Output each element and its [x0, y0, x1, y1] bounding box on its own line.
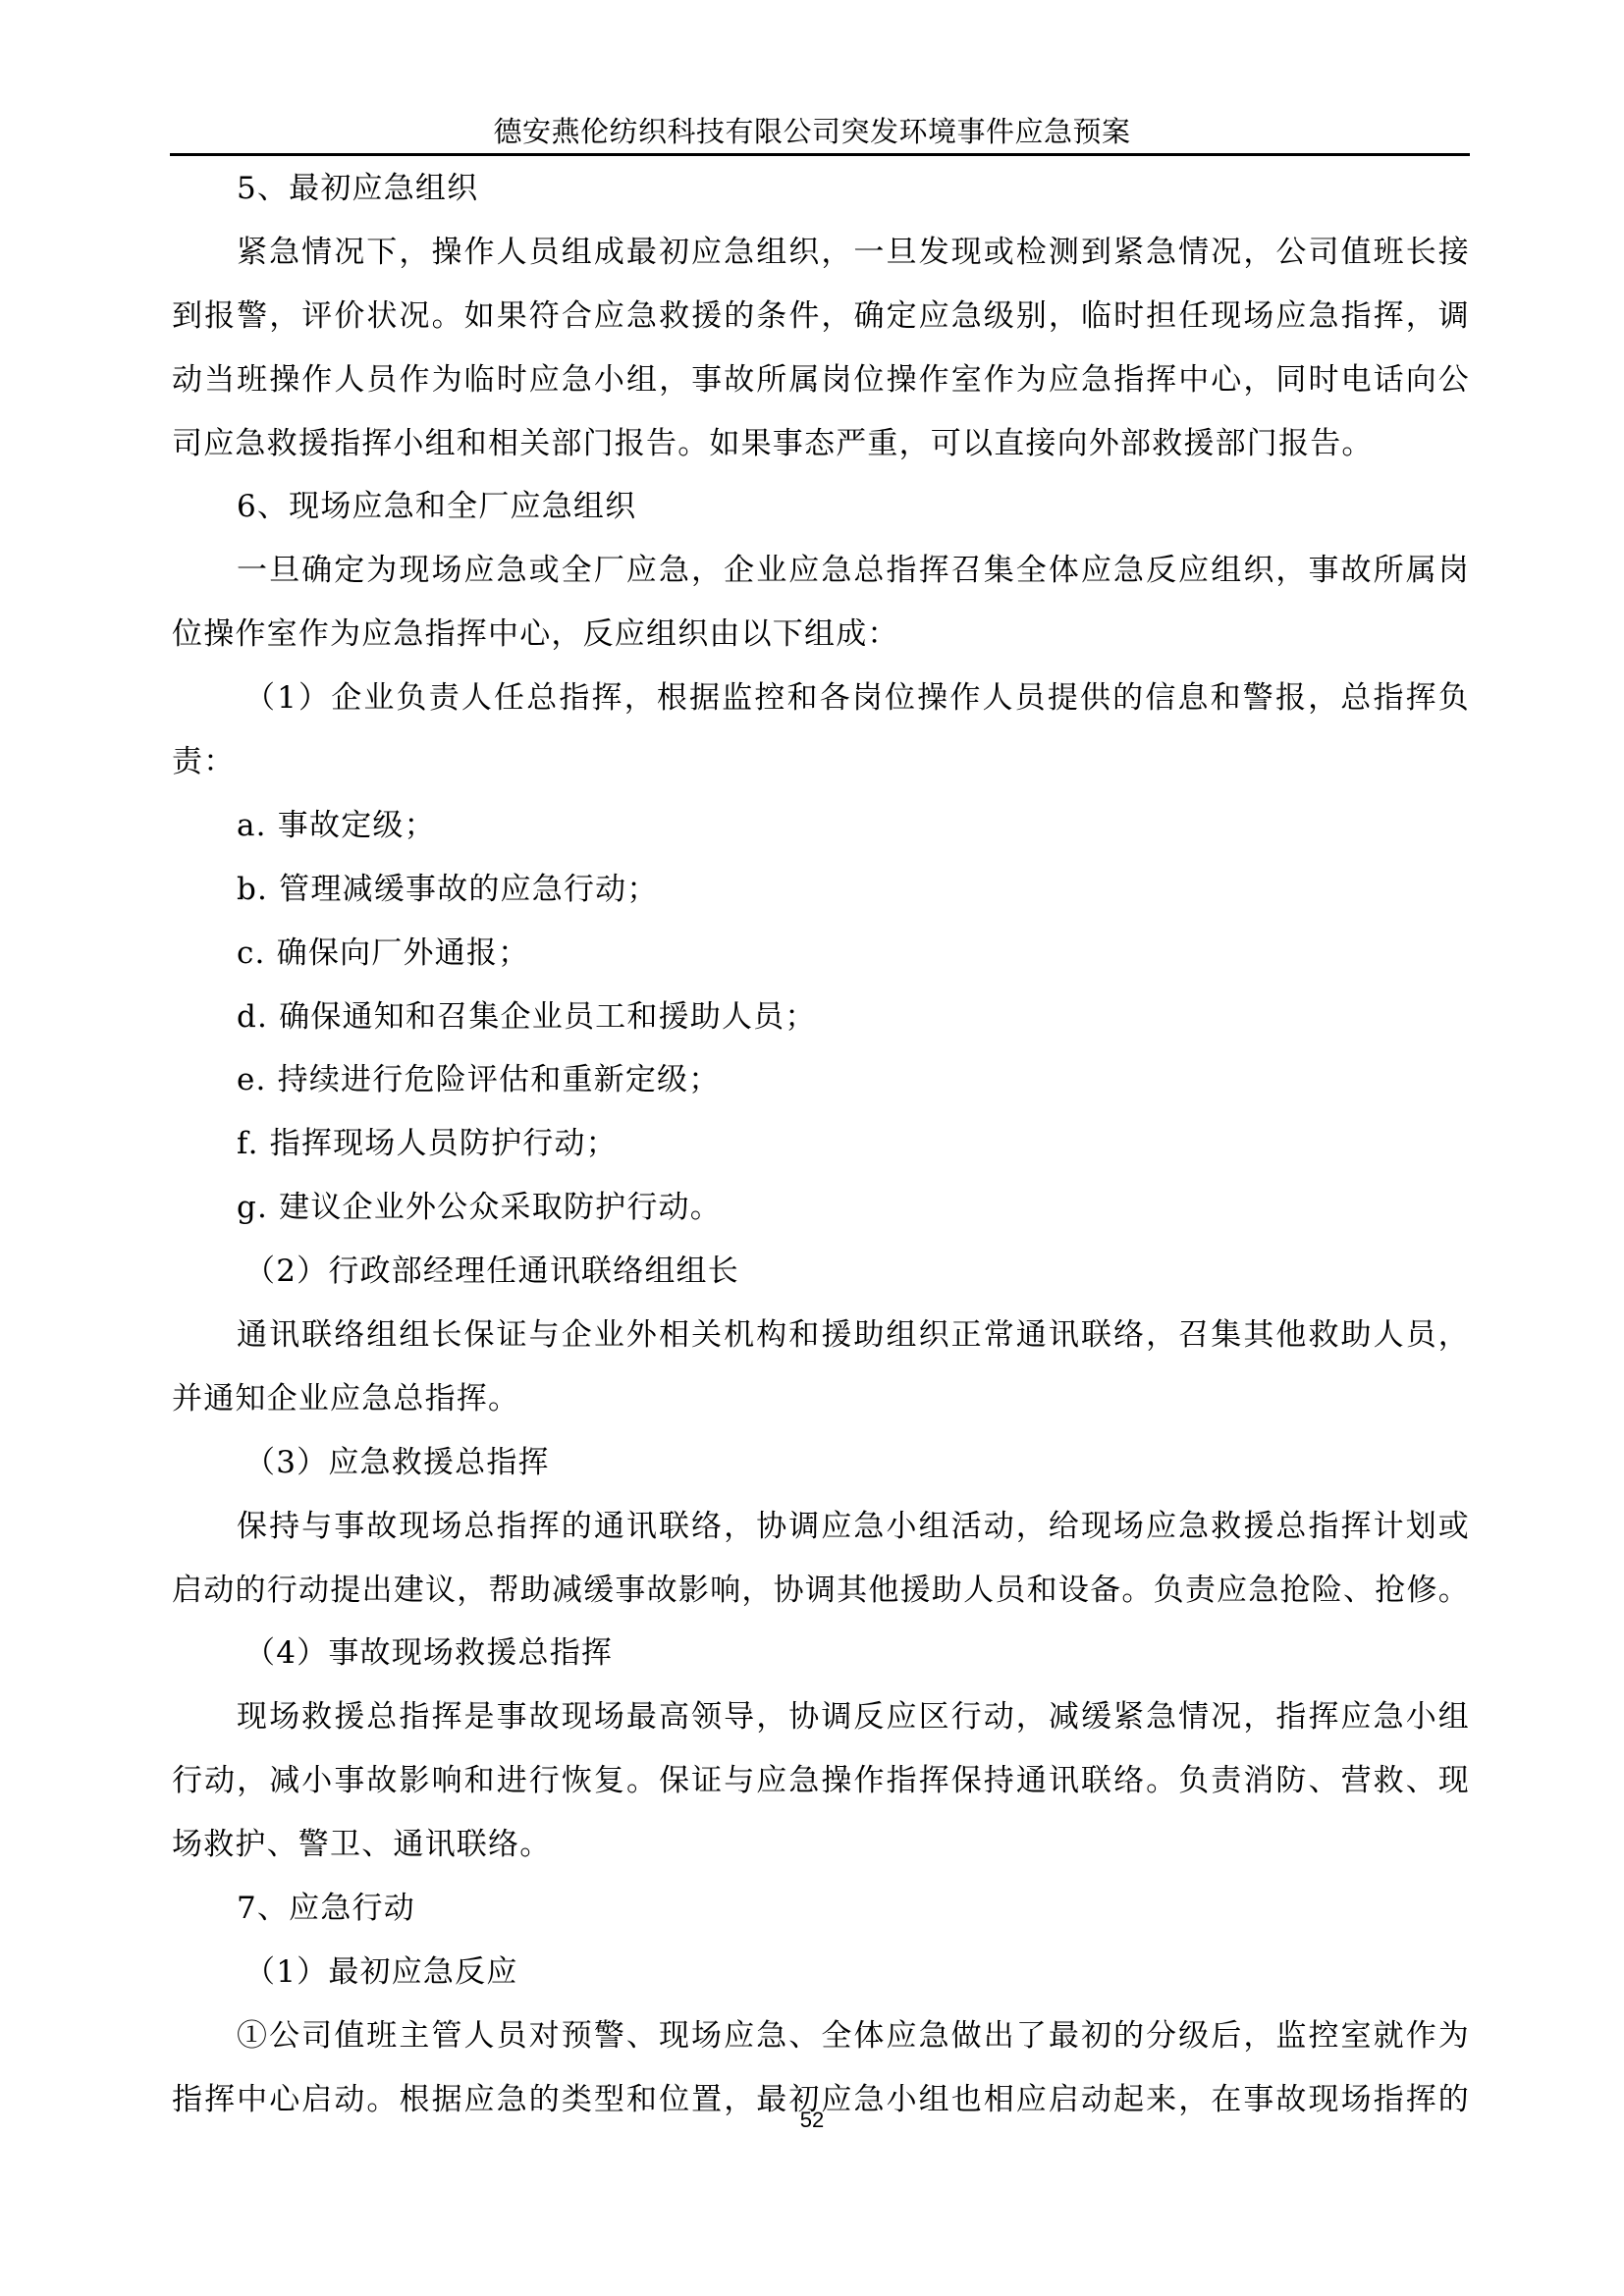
text-line: 动当班操作人员作为临时应急小组，事故所属岗位操作室作为应急指挥中心，同时电话向公	[172, 348, 1470, 412]
text-line: 司应急救援指挥小组和相关部门报告。如果事态严重，可以直接向外部救援部门报告。	[172, 412, 1470, 476]
page-number: 52	[0, 2108, 1624, 2133]
list-item: a. 事故定级；	[172, 794, 1470, 858]
text-line: 并通知企业应急总指挥。	[172, 1367, 1470, 1431]
list-item: c. 确保向厂外通报；	[172, 922, 1470, 986]
section-heading: 6、现场应急和全厂应急组织	[172, 475, 1470, 539]
subsection-heading: （3）应急救援总指挥	[172, 1431, 1470, 1495]
text-line: 紧急情况下，操作人员组成最初应急组织，一旦发现或检测到紧急情况，公司值班长接	[172, 221, 1470, 285]
subsection-heading: （2）行政部经理任通讯联络组组长	[172, 1240, 1470, 1304]
list-item: b. 管理减缓事故的应急行动；	[172, 858, 1470, 922]
document-title: 德安燕伦纺织科技有限公司突发环境事件应急预案	[0, 110, 1624, 150]
text-line: 保持与事故现场总指挥的通讯联络，协调应急小组活动，给现场应急救援总指挥计划或	[172, 1495, 1470, 1559]
header-divider	[170, 153, 1470, 156]
subsection-heading: （4）事故现场救援总指挥	[172, 1622, 1470, 1685]
text-line: 责：	[172, 730, 1470, 794]
list-item: g. 建议企业外公众采取防护行动。	[172, 1176, 1470, 1240]
document-body: 5、最初应急组织 紧急情况下，操作人员组成最初应急组织，一旦发现或检测到紧急情况…	[172, 157, 1470, 2132]
text-line: 5、最初应急组织	[172, 157, 1470, 221]
text-line: 现场救援总指挥是事故现场最高领导，协调反应区行动，减缓紧急情况，指挥应急小组	[172, 1685, 1470, 1749]
section-heading: 7、应急行动	[172, 1877, 1470, 1941]
list-item: e. 持续进行危险评估和重新定级；	[172, 1048, 1470, 1112]
text-line: 位操作室作为应急指挥中心，反应组织由以下组成：	[172, 603, 1470, 667]
list-item: f. 指挥现场人员防护行动；	[172, 1112, 1470, 1176]
text-line: 通讯联络组组长保证与企业外相关机构和援助组织正常通讯联络，召集其他救助人员，	[172, 1304, 1470, 1367]
text-line: 场救护、警卫、通讯联络。	[172, 1813, 1470, 1877]
text-line: 一旦确定为现场应急或全厂应急，企业应急总指挥召集全体应急反应组织，事故所属岗	[172, 539, 1470, 603]
text-line: 行动，减小事故影响和进行恢复。保证与应急操作指挥保持通讯联络。负责消防、营救、现	[172, 1749, 1470, 1813]
text-line: 到报警，评价状况。如果符合应急救援的条件，确定应急级别，临时担任现场应急指挥，调	[172, 285, 1470, 348]
text-line: 启动的行动提出建议，帮助减缓事故影响，协调其他援助人员和设备。负责应急抢险、抢修…	[172, 1559, 1470, 1623]
text-line: （1）企业负责人任总指挥，根据监控和各岗位操作人员提供的信息和警报，总指挥负	[172, 667, 1470, 730]
text-line: ①公司值班主管人员对预警、现场应急、全体应急做出了最初的分级后，监控室就作为	[172, 2004, 1470, 2068]
list-item: d. 确保通知和召集企业员工和援助人员；	[172, 986, 1470, 1049]
subsection-heading: （1）最初应急反应	[172, 1941, 1470, 2004]
